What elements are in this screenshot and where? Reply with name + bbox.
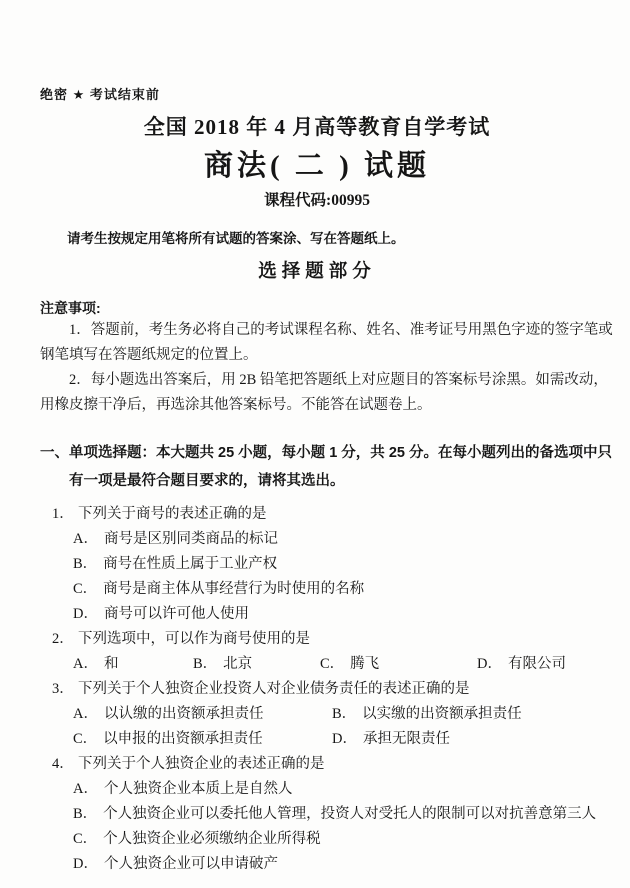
- option-text: 北京: [223, 656, 252, 672]
- option-text: 个人独资企业必须缴纳企业所得税: [103, 831, 321, 847]
- option-key: C．: [73, 581, 103, 597]
- security-label: 绝密 ★ 考试结束前: [40, 86, 614, 103]
- notes-title: 注意事项:: [40, 298, 614, 318]
- option-key: B．: [332, 706, 362, 722]
- course-code: 课程代码:00995: [40, 190, 594, 211]
- question-stem: 下列关于商号的表述正确的是: [78, 506, 267, 522]
- option-text: 承担无限责任: [363, 731, 450, 747]
- option-text: 商号是商主体从事经营行为时使用的名称: [103, 581, 364, 597]
- option-key: C．: [73, 731, 103, 747]
- part-one-heading: 一、单项选择题：本大题共 25 小题，每小题 1 分，共 25 分。在每小题列出…: [40, 439, 614, 495]
- option-text: 有限公司: [508, 656, 566, 672]
- option-B: B．北京: [193, 652, 320, 677]
- option-text: 商号是区别同类商品的标记: [104, 531, 278, 547]
- option-key: B．: [73, 806, 103, 822]
- question-3: 3．下列关于个人独资企业投资人对企业债务责任的表述正确的是A．以认缴的出资额承担…: [40, 677, 614, 752]
- option-text: 以申报的出资额承担责任: [103, 731, 263, 747]
- question-stem-line: 2．下列选项中，可以作为商号使用的是: [40, 627, 614, 652]
- option-text: 个人独资企业本质上是自然人: [104, 781, 293, 797]
- option-D: D．商号可以许可他人使用: [73, 602, 614, 627]
- options-group: A．个人独资企业本质上是自然人B．个人独资企业可以委托他人管理，投资人对受托人的…: [40, 777, 614, 877]
- option-key: A．: [73, 656, 104, 672]
- question-stem-line: 4．下列关于个人独资企业的表述正确的是: [40, 752, 614, 777]
- question-stem-line: 3．下列关于个人独资企业投资人对企业债务责任的表述正确的是: [40, 677, 614, 702]
- options-group: A．以认缴的出资额承担责任B．以实缴的出资额承担责任C．以申报的出资额承担责任D…: [40, 702, 614, 752]
- option-key: C．: [73, 831, 103, 847]
- option-key: D．: [73, 856, 104, 872]
- option-key: D．: [477, 656, 508, 672]
- option-D: D．承担无限责任: [332, 727, 614, 752]
- option-key: A．: [73, 531, 104, 547]
- option-key: D．: [73, 606, 104, 622]
- question-stem: 下列关于个人独资企业的表述正确的是: [78, 756, 325, 772]
- option-C: C．商号是商主体从事经营行为时使用的名称: [73, 577, 614, 602]
- option-A: A．以认缴的出资额承担责任: [73, 702, 332, 727]
- option-key: D．: [332, 731, 363, 747]
- option-A: A．和: [73, 652, 193, 677]
- option-A: A．个人独资企业本质上是自然人: [73, 777, 614, 802]
- option-text: 商号在性质上属于工业产权: [103, 556, 277, 572]
- option-key: B．: [193, 656, 223, 672]
- answer-sheet-instruction: 请考生按规定用笔将所有试题的答案涂、写在答题纸上。: [40, 230, 614, 248]
- options-group: A．和B．北京C．腾飞D．有限公司: [40, 652, 614, 677]
- question-1: 1．下列关于商号的表述正确的是A．商号是区别同类商品的标记B．商号在性质上属于工…: [40, 502, 614, 627]
- option-key: A．: [73, 706, 104, 722]
- option-text: 以认缴的出资额承担责任: [104, 706, 264, 722]
- question-number: 3．: [52, 677, 78, 702]
- subject-title: 商法( 二 ) 试题: [40, 146, 594, 186]
- note-item-2: 2．每小题选出答案后，用 2B 铅笔把答题纸上对应题目的答案标号涂黑。如需改动，…: [40, 368, 614, 418]
- question-number: 2．: [52, 627, 78, 652]
- option-B: B．以实缴的出资额承担责任: [332, 702, 614, 727]
- option-text: 个人独资企业可以委托他人管理，投资人对受托人的限制可以对抗善意第三人: [103, 806, 596, 822]
- option-key: C．: [320, 656, 350, 672]
- question-number: 4．: [52, 752, 78, 777]
- section-title: 选择题部分: [40, 260, 594, 285]
- question-stem: 下列关于个人独资企业投资人对企业债务责任的表述正确的是: [78, 681, 470, 697]
- option-C: C．腾飞: [320, 652, 477, 677]
- question-2: 2．下列选项中，可以作为商号使用的是A．和B．北京C．腾飞D．有限公司: [40, 627, 614, 677]
- option-text: 商号可以许可他人使用: [104, 606, 249, 622]
- option-key: A．: [73, 781, 104, 797]
- option-text: 个人独资企业可以申请破产: [104, 856, 278, 872]
- option-D: D．有限公司: [477, 652, 614, 677]
- option-D: D．个人独资企业可以申请破产: [73, 852, 614, 877]
- question-stem-line: 1．下列关于商号的表述正确的是: [40, 502, 614, 527]
- question-stem: 下列选项中，可以作为商号使用的是: [78, 631, 310, 647]
- question-number: 1．: [52, 502, 78, 527]
- option-C: C．以申报的出资额承担责任: [73, 727, 332, 752]
- options-group: A．商号是区别同类商品的标记B．商号在性质上属于工业产权C．商号是商主体从事经营…: [40, 527, 614, 627]
- questions: 1．下列关于商号的表述正确的是A．商号是区别同类商品的标记B．商号在性质上属于工…: [40, 502, 614, 877]
- option-key: B．: [73, 556, 103, 572]
- option-text: 以实缴的出资额承担责任: [362, 706, 522, 722]
- exam-paper-page: 绝密 ★ 考试结束前 全国 2018 年 4 月高等教育自学考试 商法( 二 )…: [0, 0, 630, 888]
- option-text: 和: [104, 656, 119, 672]
- note-item-1: 1．答题前，考生务必将自己的考试课程名称、姓名、准考证号用黑色字迹的签字笔或钢笔…: [40, 318, 614, 368]
- option-B: B．商号在性质上属于工业产权: [73, 552, 614, 577]
- option-C: C．个人独资企业必须缴纳企业所得税: [73, 827, 614, 852]
- question-4: 4．下列关于个人独资企业的表述正确的是A．个人独资企业本质上是自然人B．个人独资…: [40, 752, 614, 877]
- exam-title: 全国 2018 年 4 月高等教育自学考试: [40, 113, 594, 141]
- option-text: 腾飞: [350, 656, 379, 672]
- option-A: A．商号是区别同类商品的标记: [73, 527, 614, 552]
- option-B: B．个人独资企业可以委托他人管理，投资人对受托人的限制可以对抗善意第三人: [73, 802, 614, 827]
